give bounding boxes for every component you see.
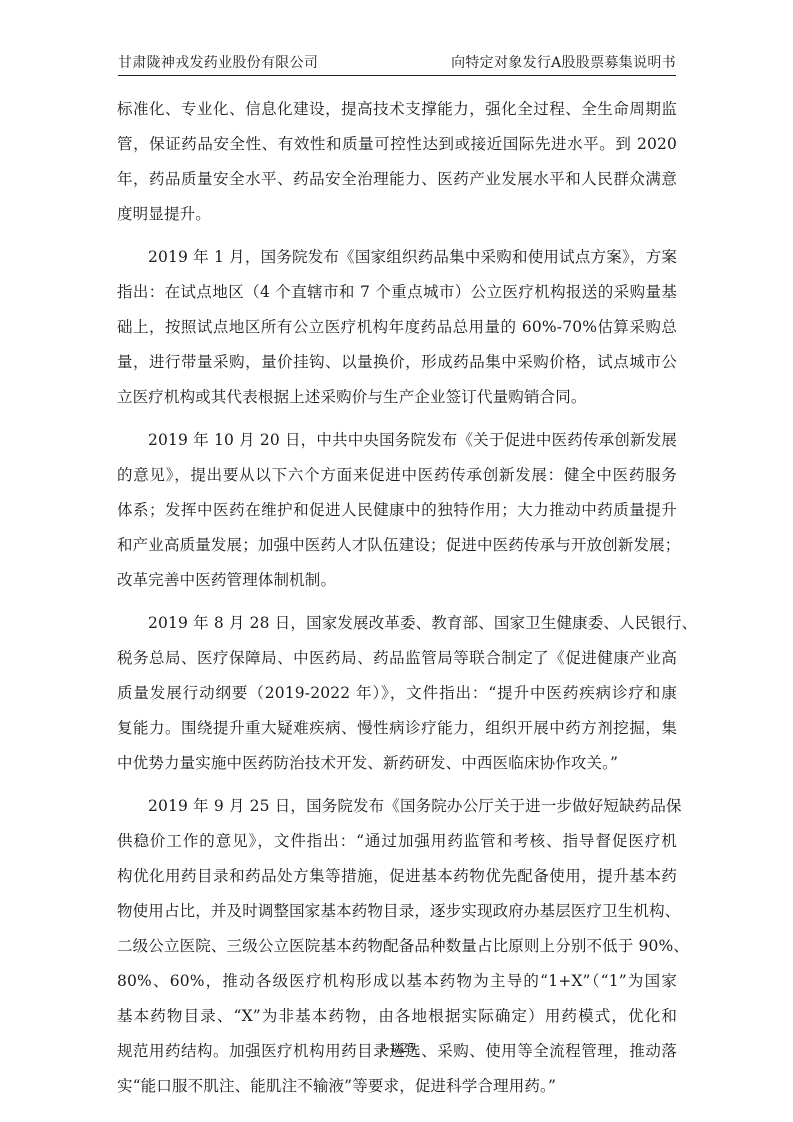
text-line: 2019 年 10 月 20 日，中共中央国务院发布《关于促进中医药传承创新发展 — [117, 423, 677, 458]
text-line: 立医疗机构或其代表根据上述采购价与生产企业签订代量购销合同。 — [117, 380, 677, 415]
text-line: 实“能口服不肌注、能肌注不输液”等要求，促进科学合理用药。” — [117, 1069, 677, 1104]
text-line: 中优势力量实施中医药防治技术开发、新药研发、中西医临床协作攻关。” — [117, 746, 677, 781]
text-line: 年，药品质量安全水平、药品安全治理能力、医药产业发展水平和人民群众满意 — [117, 162, 677, 197]
text-line: 2019 年 9 月 25 日，国务院发布《国务院办公厅关于进一步做好短缺药品保 — [117, 789, 677, 824]
document-body: 标准化、专业化、信息化建设，提高技术支撑能力，强化全过程、全生命周期监 管，保证… — [117, 92, 677, 1112]
paragraph: 2019 年 10 月 20 日，中共中央国务院发布《关于促进中医药传承创新发展… — [117, 423, 677, 598]
text-line: 物使用占比，并及时调整国家基本药物目录，逐步实现政府办基层医疗卫生机构、 — [117, 894, 677, 929]
paragraph: 2019 年 8 月 28 日，国家发展改革委、教育部、国家卫生健康委、人民银行… — [117, 606, 677, 781]
text-line: 体系；发挥中医药在维护和促进人民健康中的独特作用；大力推动中药质量提升 — [117, 493, 677, 528]
page-header: 甘肃陇神戎发药业股份有限公司 向特定对象发行A股股票募集说明书 — [118, 52, 676, 76]
text-line: 供稳价工作的意见》，文件指出：“通过加强用药监管和考核、指导督促医疗机 — [117, 824, 677, 859]
header-company-name: 甘肃陇神戎发药业股份有限公司 — [118, 53, 318, 73]
text-line: 2019 年 1 月，国务院发布《国家组织药品集中采购和使用试点方案》，方案 — [117, 240, 677, 275]
text-line: 的意见》，提出要从以下六个方面来促进中医药传承创新发展：健全中医药服务 — [117, 458, 677, 493]
text-line: 管，保证药品安全性、有效性和质量可控性达到或接近国际先进水平。到 2020 — [117, 127, 677, 162]
text-line: 指出：在试点地区（4 个直辖市和 7 个重点城市）公立医疗机构报送的采购量基 — [117, 275, 677, 310]
text-line: 质量发展行动纲要（2019-2022 年）》，文件指出：“提升中医药疾病诊疗和康 — [117, 676, 677, 711]
text-line: 和产业高质量发展；加强中医药人才队伍建设；促进中医药传承与开放创新发展； — [117, 528, 677, 563]
paragraph: 2019 年 9 月 25 日，国务院发布《国务院办公厅关于进一步做好短缺药品保… — [117, 789, 677, 1104]
text-line: 础上，按照试点地区所有公立医疗机构年度药品总用量的 60%-70%估算采购总 — [117, 310, 677, 345]
header-document-title: 向特定对象发行A股股票募集说明书 — [451, 53, 676, 73]
text-line: 构优化用药目录和药品处方集等措施，促进基本药物优先配备使用，提升基本药 — [117, 859, 677, 894]
text-line: 2019 年 8 月 28 日，国家发展改革委、教育部、国家卫生健康委、人民银行… — [117, 606, 677, 641]
text-line: 标准化、专业化、信息化建设，提高技术支撑能力，强化全过程、全生命周期监 — [117, 92, 677, 127]
text-line: 量，进行带量采购，量价挂钩、以量换价，形成药品集中采购价格，试点城市公 — [117, 345, 677, 380]
text-line: 税务总局、医疗保障局、中医药局、药品监管局等联合制定了《促进健康产业高 — [117, 641, 677, 676]
text-line: 80%、60%，推动各级医疗机构形成以基本药物为主导的“1+X”（“1”为国家 — [117, 964, 677, 999]
text-line: 改革完善中医药管理体制机制。 — [117, 563, 677, 598]
text-line: 度明显提升。 — [117, 197, 677, 232]
text-line: 基本药物目录、“X”为非基本药物，由各地根据实际确定）用药模式，优化和 — [117, 999, 677, 1034]
paragraph: 2019 年 1 月，国务院发布《国家组织药品集中采购和使用试点方案》，方案 指… — [117, 240, 677, 415]
text-line: 二级公立医院、三级公立医院基本药物配备品种数量占比原则上分别不低于 90%、 — [117, 929, 677, 964]
page-number: 1-1-25 — [0, 1040, 793, 1056]
text-line: 复能力。围绕提升重大疑难疾病、慢性病诊疗能力，组织开展中药方剂挖掘，集 — [117, 711, 677, 746]
paragraph: 标准化、专业化、信息化建设，提高技术支撑能力，强化全过程、全生命周期监 管，保证… — [117, 92, 677, 232]
